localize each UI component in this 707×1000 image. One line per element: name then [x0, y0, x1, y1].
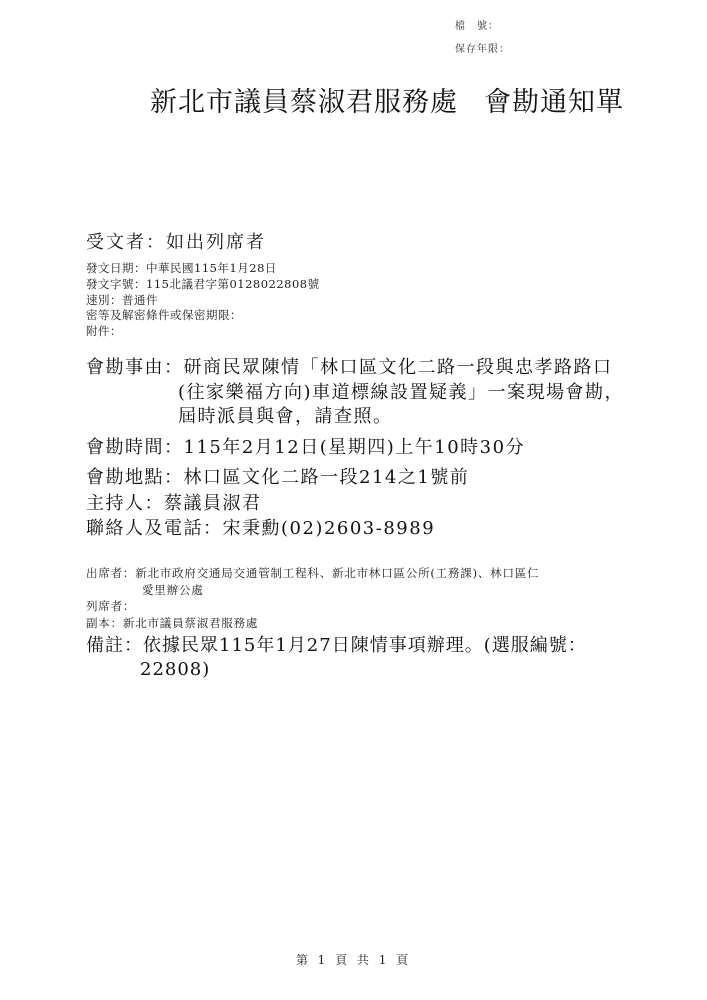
remark-line-1: 依據民眾115年1月27日陳情事項辦理。(選服編號：	[143, 635, 587, 656]
remark-line-2: 22808)	[86, 658, 587, 682]
attachment: 附件：	[86, 324, 320, 340]
observers: 列席者：	[86, 598, 539, 615]
attendees-label: 出席者：	[86, 566, 135, 580]
recipient-label: 受文者：	[86, 232, 166, 253]
host-value: 蔡議員淑君	[164, 493, 262, 514]
contact-label: 聯絡人及電話：	[86, 518, 223, 539]
title-document-type: 會勘通知單	[484, 87, 624, 118]
recipient-value: 如出列席者	[166, 232, 266, 253]
issue-date: 發文日期：中華民國115年1月28日	[86, 261, 320, 277]
classification: 密等及解密條件或保密期限：	[86, 308, 320, 324]
title-organization: 新北市議員蔡淑君服務處	[150, 87, 458, 118]
issue-number: 發文字號：115北議君字第0128022808號	[86, 277, 320, 293]
host-label: 主持人：	[86, 493, 164, 514]
time-label: 會勘時間：	[86, 437, 184, 458]
retention-period-label: 保存年限：	[455, 40, 510, 55]
subject-line-3: 屆時派員與會，請查照。	[86, 405, 624, 430]
inspection-time: 會勘時間：115年2月12日(星期四)上午10時30分	[86, 433, 525, 459]
file-number-label: 檔 號：	[455, 17, 499, 32]
subject-line-1: 研商民眾陳情「林口區文化二路一段與忠孝路路口	[184, 357, 613, 378]
subject-line-2: (往家樂福方向)車道標線設置疑義」一案現場會勘，	[86, 381, 624, 406]
page-indicator: 第 1 頁 共 1 頁	[0, 951, 707, 968]
place-value: 林口區文化二路一段214之1號前	[184, 467, 470, 488]
contact-value: 宋秉勳(02)2603-8989	[223, 518, 436, 539]
inspection-place: 會勘地點：林口區文化二路一段214之1號前	[86, 463, 469, 489]
time-value: 115年2月12日(星期四)上午10時30分	[184, 437, 526, 458]
inspection-contact: 聯絡人及電話：宋秉勳(02)2603-8989	[86, 514, 435, 540]
subject-label: 會勘事由：	[86, 356, 184, 381]
place-label: 會勘地點：	[86, 467, 184, 488]
issue-info-block: 發文日期：中華民國115年1月28日 發文字號：115北議君字第01280228…	[86, 261, 320, 340]
attendees-line-2: 愛里辦公處	[86, 582, 539, 599]
delivery-speed: 速別：普通件	[86, 293, 320, 309]
recipient-line: 受文者：如出列席者	[86, 228, 266, 254]
copy-to: 副本：新北市議員蔡淑君服務處	[86, 615, 539, 632]
distribution-block: 出席者：新北市政府交通局交通管制工程科、新北市林口區公所(工務課)、林口區仁 愛…	[86, 565, 539, 631]
remark-block: 備註：依據民眾115年1月27日陳情事項辦理。(選服編號： 22808)	[86, 634, 587, 682]
remark-label: 備註：	[86, 635, 143, 656]
subject-block: 會勘事由：研商民眾陳情「林口區文化二路一段與忠孝路路口 (往家樂福方向)車道標線…	[86, 356, 624, 430]
document-title: 新北市議員蔡淑君服務處會勘通知單	[150, 80, 624, 119]
inspection-host: 主持人：蔡議員淑君	[86, 489, 262, 515]
attendees-line-1: 新北市政府交通局交通管制工程科、新北市林口區公所(工務課)、林口區仁	[135, 566, 539, 580]
